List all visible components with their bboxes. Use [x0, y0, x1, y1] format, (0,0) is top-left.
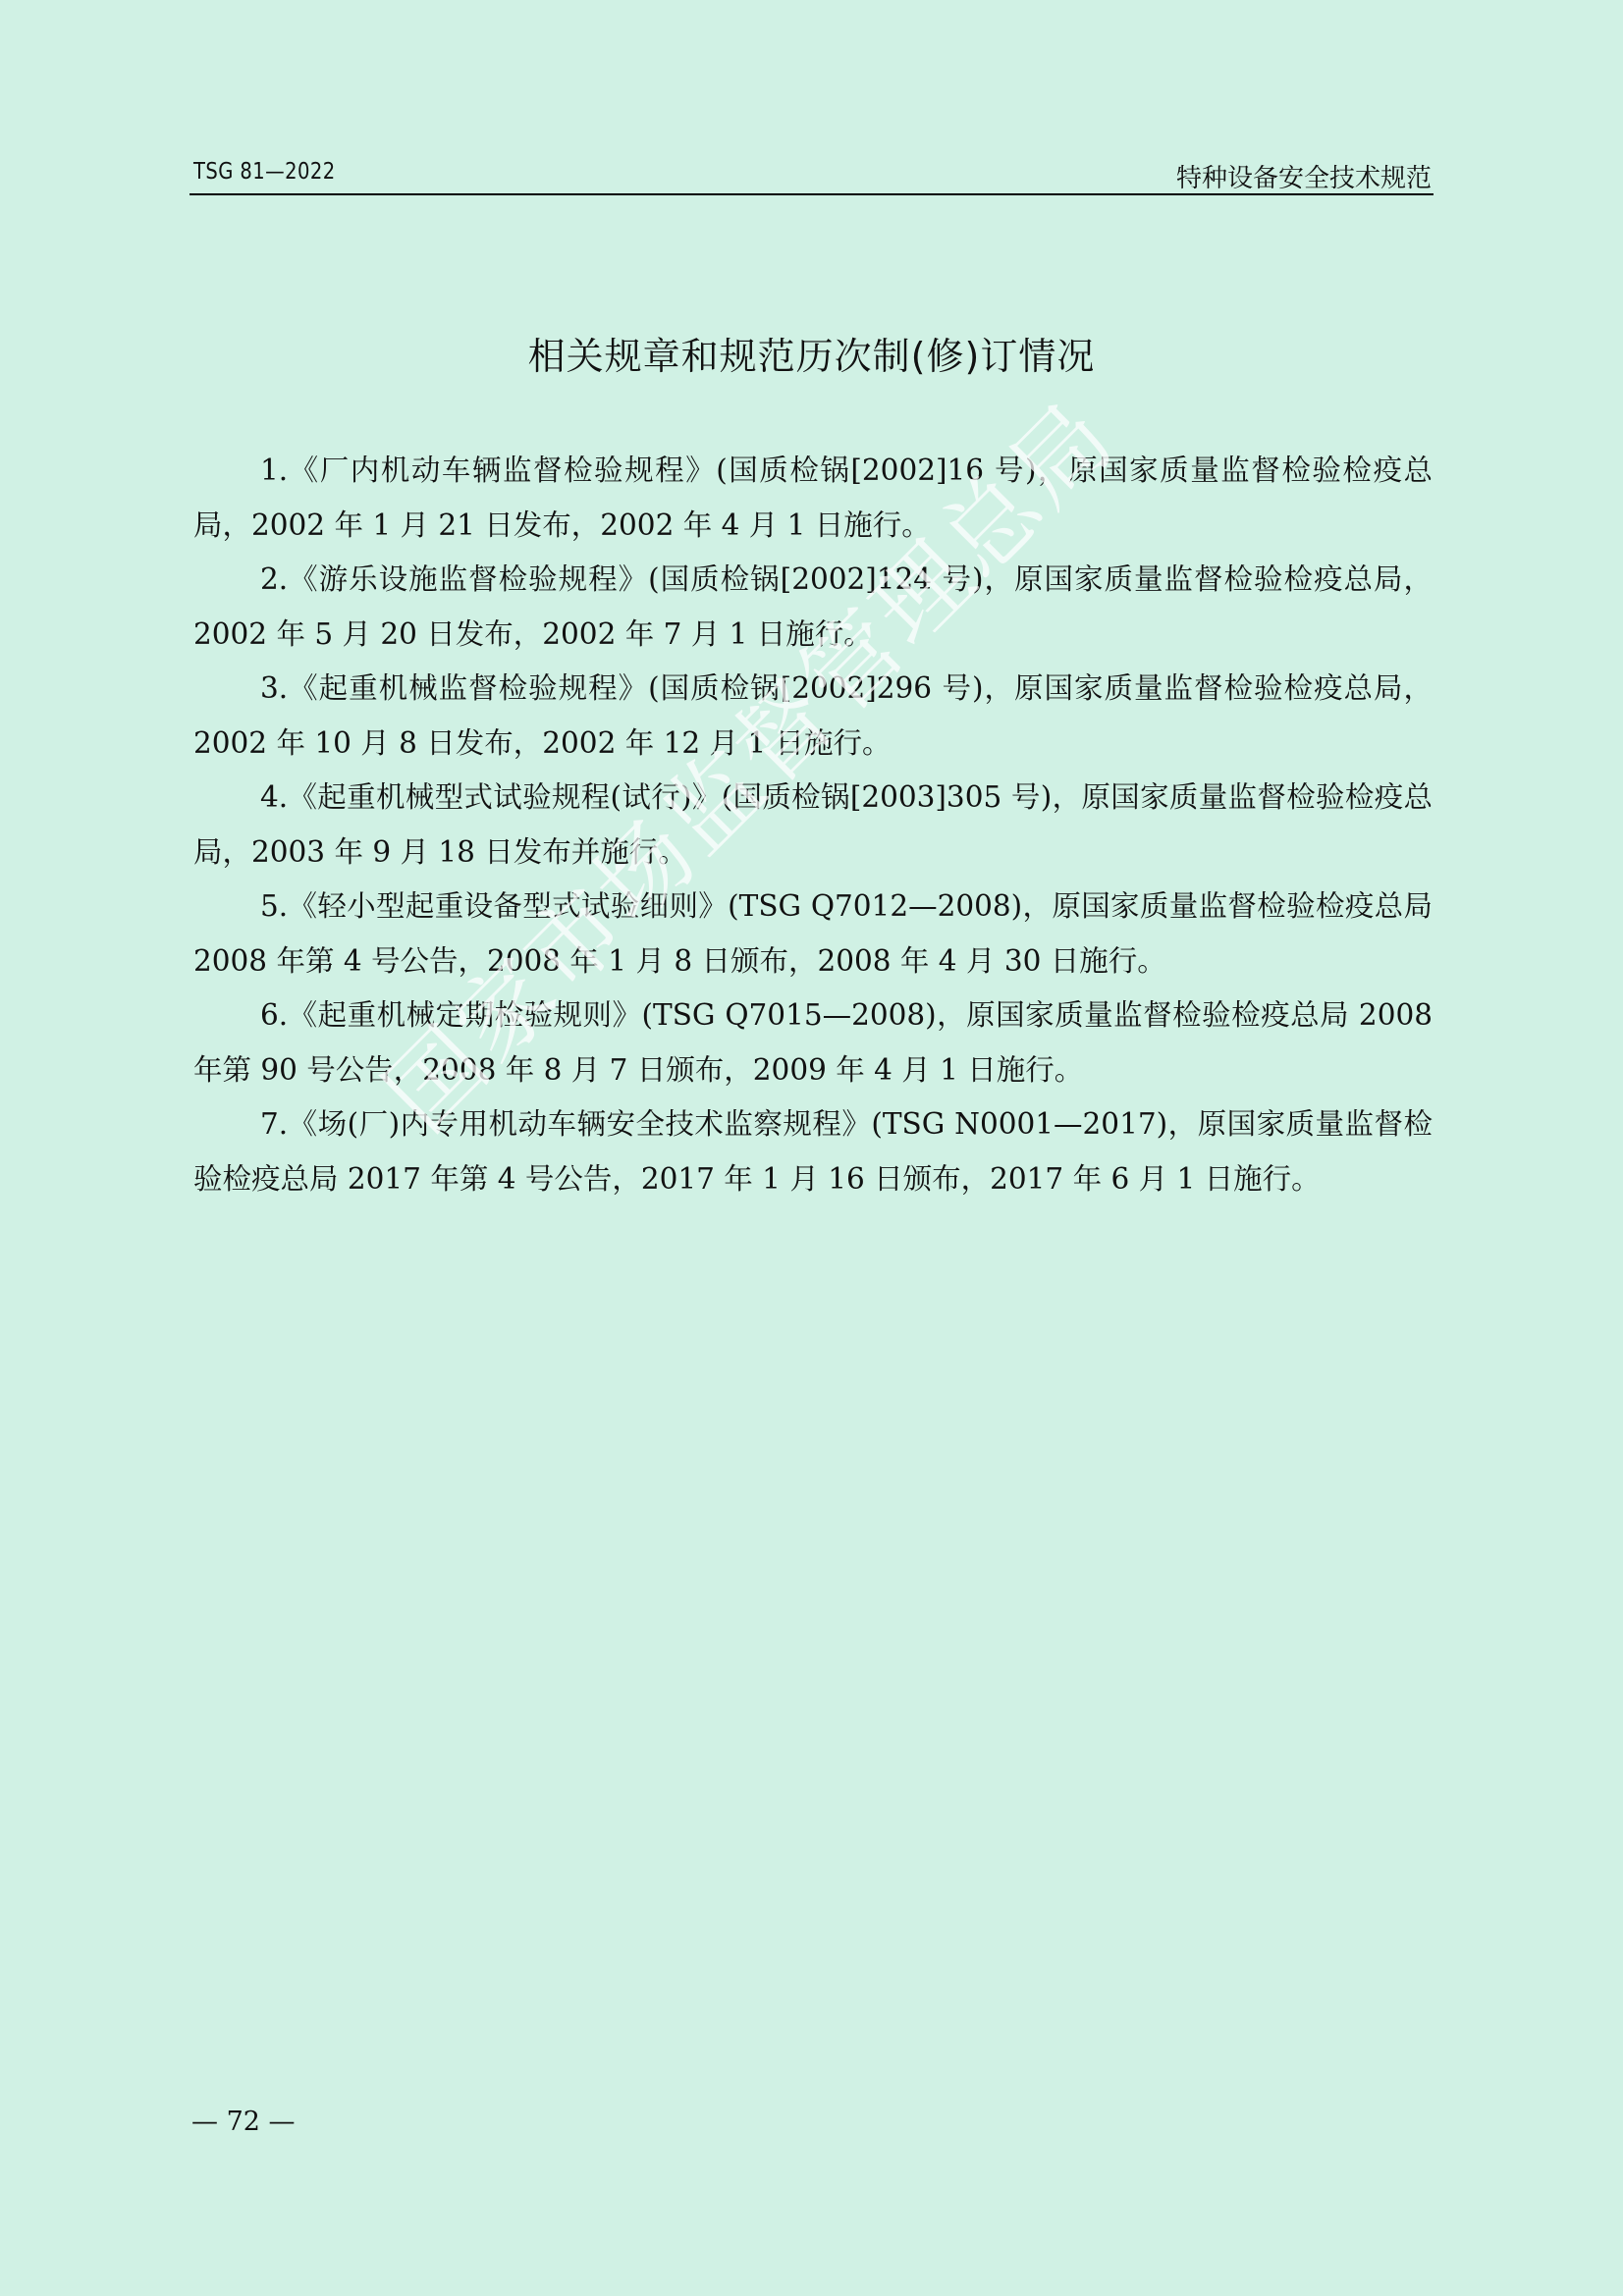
list-item: 6.《起重机械定期检验规则》(TSG Q7015—2008)，原国家质量监督检验…	[193, 988, 1433, 1097]
page-number: — 72 —	[191, 2107, 296, 2137]
document-code: TSG 81—2022	[193, 159, 336, 185]
running-header: TSG 81—2022 特种设备安全技术规范	[189, 152, 1434, 195]
list-item: 3.《起重机械监督检验规程》(国质检锅[2002]296 号)，原国家质量监督检…	[193, 662, 1433, 771]
list-item: 7.《场(厂)内专用机动车辆安全技术监察规程》(TSG N0001—2017)，…	[193, 1097, 1433, 1206]
list-item: 5.《轻小型起重设备型式试验细则》(TSG Q7012—2008)，原国家质量监…	[193, 880, 1433, 988]
document-category: 特种设备安全技术规范	[1176, 158, 1432, 194]
page-title: 相关规章和规范历次制(修)订情况	[0, 326, 1623, 380]
list-item: 1.《厂内机动车辆监督检验规程》(国质检锅[2002]16 号)，原国家质量监督…	[193, 444, 1433, 553]
list-item: 4.《起重机械型式试验规程(试行)》(国质检锅[2003]305 号)，原国家质…	[193, 771, 1433, 880]
list-item: 2.《游乐设施监督检验规程》(国质检锅[2002]124 号)，原国家质量监督检…	[193, 553, 1433, 662]
revision-history-list: 1.《厂内机动车辆监督检验规程》(国质检锅[2002]16 号)，原国家质量监督…	[193, 444, 1433, 1206]
